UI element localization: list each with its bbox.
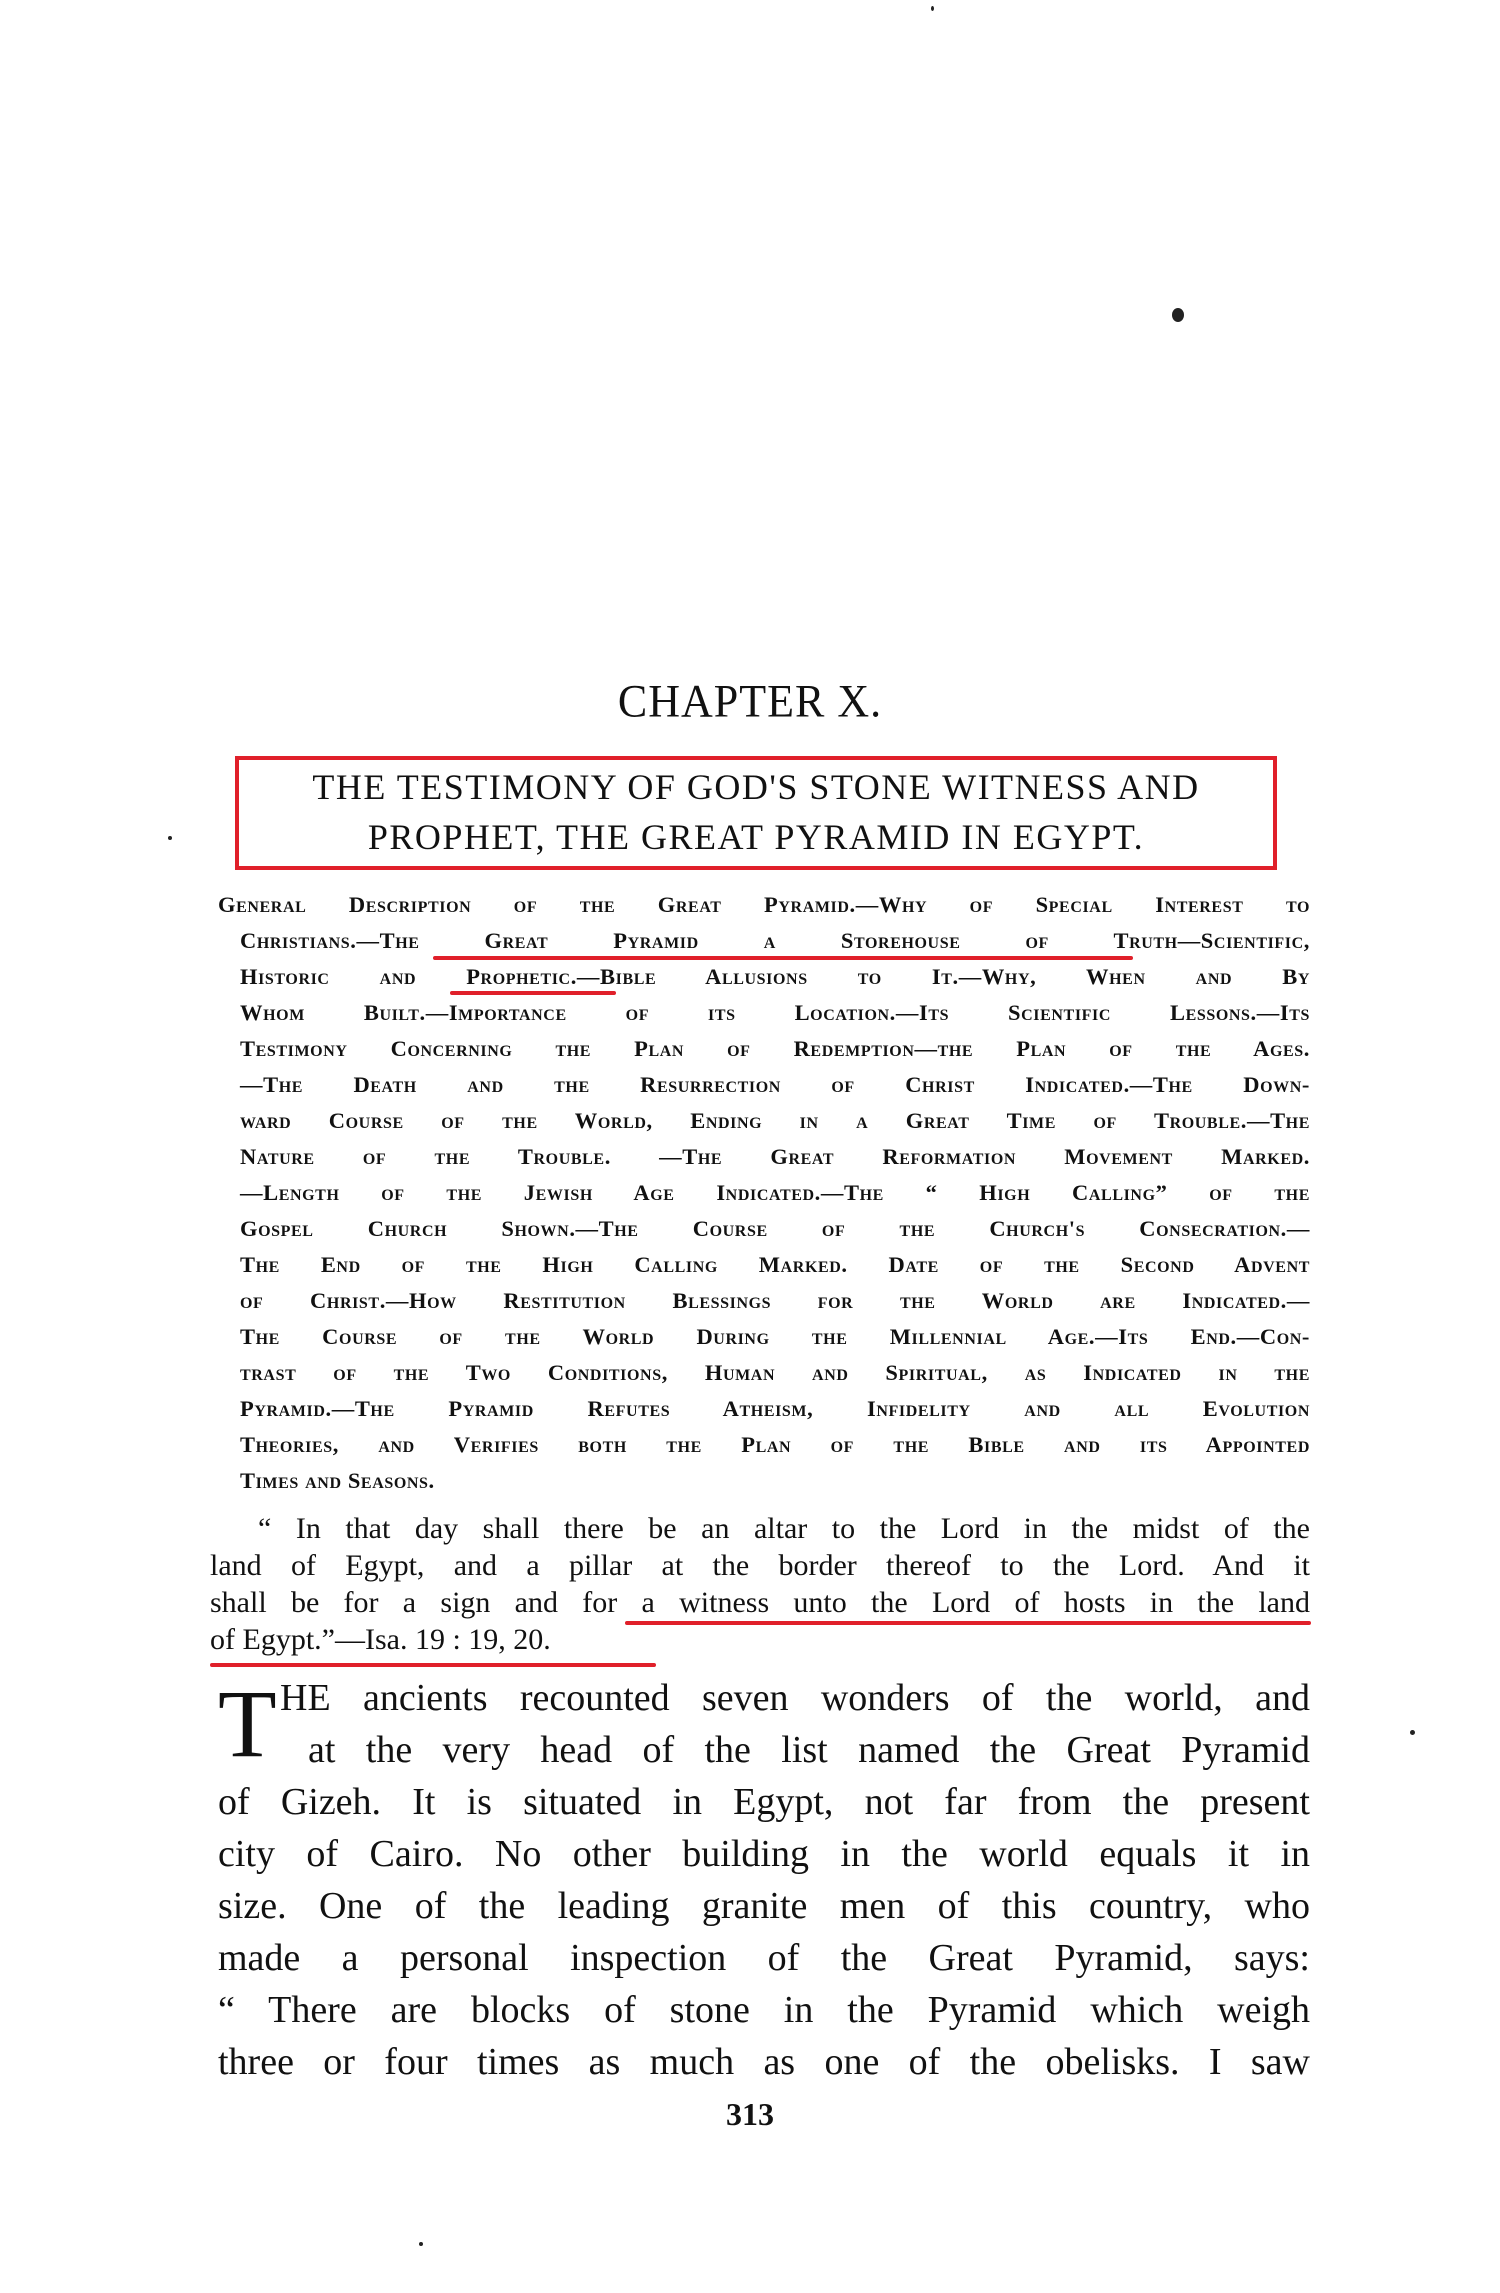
body-line: of Gizeh. It is situated in Egypt, not f… <box>218 1780 1310 1824</box>
synopsis-line: Pyramid.—The Pyramid Refutes Atheism, In… <box>240 1396 1310 1422</box>
synopsis-line: Christians.—The Great Pyramid a Storehou… <box>240 928 1310 954</box>
synopsis-line: Historic and Prophetic.—Bible Allusions … <box>240 964 1310 990</box>
synopsis-line: The Course of the World During the Mille… <box>240 1324 1310 1350</box>
epigraph-line: of Egypt.”—Isa. 19 : 19, 20. <box>210 1623 1310 1657</box>
body-line: size. One of the leading granite men of … <box>218 1884 1310 1928</box>
body-line: HE ancients recounted seven wonders of t… <box>280 1676 1310 1720</box>
synopsis-line: —Length of the Jewish Age Indicated.—The… <box>240 1180 1310 1206</box>
book-page: CHAPTER X. THE TESTIMONY OF GOD'S STONE … <box>0 0 1500 2293</box>
scan-speck <box>168 836 172 840</box>
scan-speck <box>931 6 934 11</box>
annotation-underline <box>450 991 616 995</box>
synopsis-line: —The Death and the Resurrection of Chris… <box>240 1072 1310 1098</box>
chapter-title-line: THE TESTIMONY OF GOD'S STONE WITNESS AND <box>239 766 1273 808</box>
synopsis-line: The End of the High Calling Marked. Date… <box>240 1252 1310 1278</box>
synopsis-line: of Christ.—How Restitution Blessings for… <box>240 1288 1310 1314</box>
chapter-title-highlight-box: THE TESTIMONY OF GOD'S STONE WITNESS AND… <box>235 756 1277 870</box>
synopsis-line: Nature of the Trouble. —The Great Reform… <box>240 1144 1310 1170</box>
epigraph-line: shall be for a sign and for a witness un… <box>210 1586 1310 1620</box>
annotation-underline <box>433 956 1133 960</box>
body-line: three or four times as much as one of th… <box>218 2040 1310 2084</box>
scan-speck <box>419 2242 423 2246</box>
chapter-heading: CHAPTER X. <box>0 675 1500 729</box>
scan-speck <box>1172 308 1184 322</box>
synopsis-line: ward Course of the World, Ending in a Gr… <box>240 1108 1310 1134</box>
synopsis-line: trast of the Two Conditions, Human and S… <box>240 1360 1310 1386</box>
synopsis-line: Testimony Concerning the Plan of Redempt… <box>240 1036 1310 1062</box>
annotation-underline <box>210 1663 656 1667</box>
scan-speck <box>1410 1730 1415 1735</box>
synopsis-line: Whom Built.—Importance of its Location.—… <box>240 1000 1310 1026</box>
epigraph-line: “ In that day shall there be an altar to… <box>258 1512 1310 1546</box>
chapter-title-line: PROPHET, THE GREAT PYRAMID IN EGYPT. <box>239 816 1273 858</box>
body-line: city of Cairo. No other building in the … <box>218 1832 1310 1876</box>
annotation-underline <box>625 1621 1311 1625</box>
body-line: “ There are blocks of stone in the Pyram… <box>218 1988 1310 2032</box>
synopsis-line: Gospel Church Shown.—The Course of the C… <box>240 1216 1310 1242</box>
synopsis-line: Times and Seasons. <box>240 1468 435 1494</box>
page-number: 313 <box>0 2096 1500 2133</box>
body-line: at the very head of the list named the G… <box>308 1728 1310 1772</box>
body-line: made a personal inspection of the Great … <box>218 1936 1310 1980</box>
drop-cap: T <box>218 1676 277 1772</box>
epigraph-line: land of Egypt, and a pillar at the borde… <box>210 1549 1310 1583</box>
synopsis-line: Theories, and Verifies both the Plan of … <box>240 1432 1310 1458</box>
synopsis-line: General Description of the Great Pyramid… <box>218 892 1310 918</box>
